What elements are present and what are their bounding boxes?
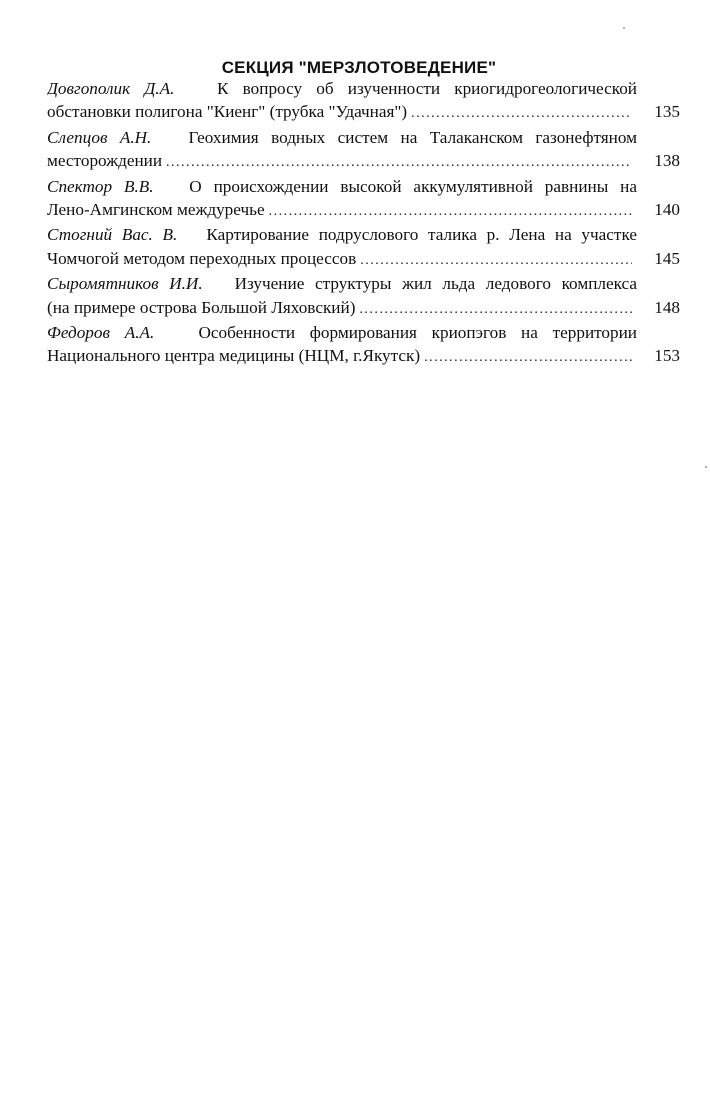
entry-page-number: 138 xyxy=(650,149,680,172)
toc-entry: Довгополик Д.А. К вопросу об изученности… xyxy=(47,77,680,126)
entry-title-start: Геохимия водных систем на Талаканском га… xyxy=(189,128,637,147)
entry-title-start: О происхождении высокой аккумулятивной р… xyxy=(189,177,637,196)
entry-title-end: месторождении xyxy=(47,149,162,172)
section-title: СЕКЦИЯ "МЕРЗЛОТОВЕДЕНИЕ" xyxy=(0,58,710,78)
entry-second-line: обстановки полигона "Киенг" (трубка "Уда… xyxy=(47,100,680,125)
entry-page-number: 153 xyxy=(650,344,680,367)
entry-title-end: обстановки полигона "Киенг" (трубка "Уда… xyxy=(47,100,407,123)
entry-first-line: Федоров А.А. Особенности формирования кр… xyxy=(47,321,637,344)
document-page: СЕКЦИЯ "МЕРЗЛОТОВЕДЕНИЕ" Довгополик Д.А.… xyxy=(0,0,710,1119)
entry-author: Федоров А.А. xyxy=(47,323,154,342)
leader-dots: ........................................… xyxy=(162,151,632,174)
entry-author: Спектор В.В. xyxy=(47,177,154,196)
scan-speck xyxy=(705,466,707,468)
entry-first-line: Сыромятников И.И. Изучение структуры жил… xyxy=(47,272,637,295)
entry-title-start: К вопросу об изученности криогидрогеолог… xyxy=(217,79,637,98)
entry-title-start: Изучение структуры жил льда ледового ком… xyxy=(235,274,637,293)
entry-page-number: 140 xyxy=(650,198,680,221)
entry-first-line: Довгополик Д.А. К вопросу об изученности… xyxy=(47,77,637,100)
scan-speck xyxy=(623,27,625,29)
leader-dots: ........................................… xyxy=(265,200,632,223)
leader-dots: ........................................… xyxy=(420,346,632,369)
toc-entry: Спектор В.В. О происхождении высокой акк… xyxy=(47,175,680,224)
entry-second-line: месторождении ..........................… xyxy=(47,149,680,174)
table-of-contents: Довгополик Д.А. К вопросу об изученности… xyxy=(47,77,680,370)
entry-author: Сыромятников И.И. xyxy=(47,274,203,293)
entry-title-end: Национального центра медицины (НЦМ, г.Як… xyxy=(47,344,420,367)
entry-first-line: Слепцов А.Н. Геохимия водных систем на Т… xyxy=(47,126,637,149)
leader-dots: ........................................… xyxy=(355,298,632,321)
entry-title-end: (на примере острова Большой Ляховский) xyxy=(47,296,355,319)
toc-entry: Сыромятников И.И. Изучение структуры жил… xyxy=(47,272,680,321)
leader-dots: ........................................… xyxy=(356,249,632,272)
entry-second-line: (на примере острова Большой Ляховский) .… xyxy=(47,296,680,321)
toc-entry: Слепцов А.Н. Геохимия водных систем на Т… xyxy=(47,126,680,175)
entry-second-line: Чомчогой методом переходных процессов ..… xyxy=(47,247,680,272)
toc-entry: Федоров А.А. Особенности формирования кр… xyxy=(47,321,680,370)
entry-title-start: Картирование подруслового талика р. Лена… xyxy=(206,225,637,244)
entry-first-line: Спектор В.В. О происхождении высокой акк… xyxy=(47,175,637,198)
entry-author: Слепцов А.Н. xyxy=(47,128,151,147)
entry-second-line: Лено-Амгинском междуречье ..............… xyxy=(47,198,680,223)
entry-author: Стогний Вас. В. xyxy=(47,225,177,244)
entry-page-number: 135 xyxy=(650,100,680,123)
entry-page-number: 148 xyxy=(650,296,680,319)
entry-title-end: Чомчогой методом переходных процессов xyxy=(47,247,356,270)
entry-second-line: Национального центра медицины (НЦМ, г.Як… xyxy=(47,344,680,369)
entry-author: Довгополик Д.А. xyxy=(47,79,174,98)
entry-title-end: Лено-Амгинском междуречье xyxy=(47,198,265,221)
entry-title-start: Особенности формирования криопэгов на те… xyxy=(199,323,637,342)
toc-entry: Стогний Вас. В. Картирование подрусловог… xyxy=(47,223,680,272)
entry-page-number: 145 xyxy=(650,247,680,270)
leader-dots: ........................................… xyxy=(407,102,632,125)
entry-first-line: Стогний Вас. В. Картирование подрусловог… xyxy=(47,223,637,246)
